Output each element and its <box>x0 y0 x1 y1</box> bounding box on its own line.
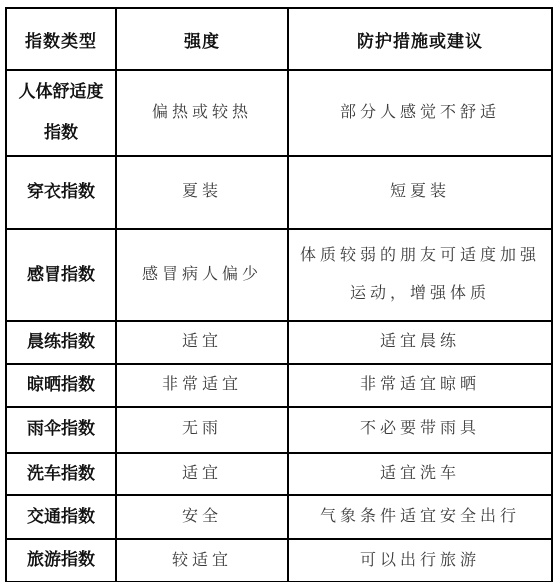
cell-strength: 非常适宜 <box>116 364 288 407</box>
cell-type: 洗车指数 <box>6 453 116 496</box>
header-row: 指数类型强度防护措施或建议 <box>6 8 552 70</box>
table-body: 人体舒适度指数偏热或较热部分人感觉不舒适穿衣指数夏装短夏装感冒指数感冒病人偏少体… <box>6 70 552 582</box>
cell-advice: 适宜洗车 <box>288 453 552 496</box>
cell-strength: 感冒病人偏少 <box>116 229 288 321</box>
cell-strength: 无雨 <box>116 407 288 453</box>
column-header-strength: 强度 <box>116 8 288 70</box>
table-row: 洗车指数适宜适宜洗车 <box>6 453 552 496</box>
cell-advice: 部分人感觉不舒适 <box>288 70 552 156</box>
cell-type: 感冒指数 <box>6 229 116 321</box>
table-row: 晾晒指数非常适宜非常适宜晾晒 <box>6 364 552 407</box>
cell-advice: 适宜晨练 <box>288 321 552 364</box>
cell-strength: 适宜 <box>116 453 288 496</box>
cell-type: 晨练指数 <box>6 321 116 364</box>
table-row: 感冒指数感冒病人偏少体质较弱的朋友可适度加强运动，增强体质 <box>6 229 552 321</box>
weather-index-table: 指数类型强度防护措施或建议 人体舒适度指数偏热或较热部分人感觉不舒适穿衣指数夏装… <box>5 7 553 582</box>
cell-advice: 非常适宜晾晒 <box>288 364 552 407</box>
cell-advice: 短夏装 <box>288 156 552 229</box>
table-row: 交通指数安全气象条件适宜安全出行 <box>6 495 552 539</box>
cell-advice: 不必要带雨具 <box>288 407 552 453</box>
table-row: 晨练指数适宜适宜晨练 <box>6 321 552 364</box>
cell-strength: 夏装 <box>116 156 288 229</box>
cell-strength: 较适宜 <box>116 539 288 582</box>
cell-type: 雨伞指数 <box>6 407 116 453</box>
cell-advice: 可以出行旅游 <box>288 539 552 582</box>
cell-type: 旅游指数 <box>6 539 116 582</box>
table-row: 雨伞指数无雨不必要带雨具 <box>6 407 552 453</box>
cell-type: 交通指数 <box>6 495 116 539</box>
cell-strength: 安全 <box>116 495 288 539</box>
cell-strength: 适宜 <box>116 321 288 364</box>
cell-type: 穿衣指数 <box>6 156 116 229</box>
table-row: 人体舒适度指数偏热或较热部分人感觉不舒适 <box>6 70 552 156</box>
cell-type: 人体舒适度指数 <box>6 70 116 156</box>
table-header: 指数类型强度防护措施或建议 <box>6 8 552 70</box>
cell-type: 晾晒指数 <box>6 364 116 407</box>
cell-strength: 偏热或较热 <box>116 70 288 156</box>
column-header-advice: 防护措施或建议 <box>288 8 552 70</box>
table-row: 穿衣指数夏装短夏装 <box>6 156 552 229</box>
table-row: 旅游指数较适宜可以出行旅游 <box>6 539 552 582</box>
cell-advice: 气象条件适宜安全出行 <box>288 495 552 539</box>
column-header-type: 指数类型 <box>6 8 116 70</box>
cell-advice: 体质较弱的朋友可适度加强运动，增强体质 <box>288 229 552 321</box>
